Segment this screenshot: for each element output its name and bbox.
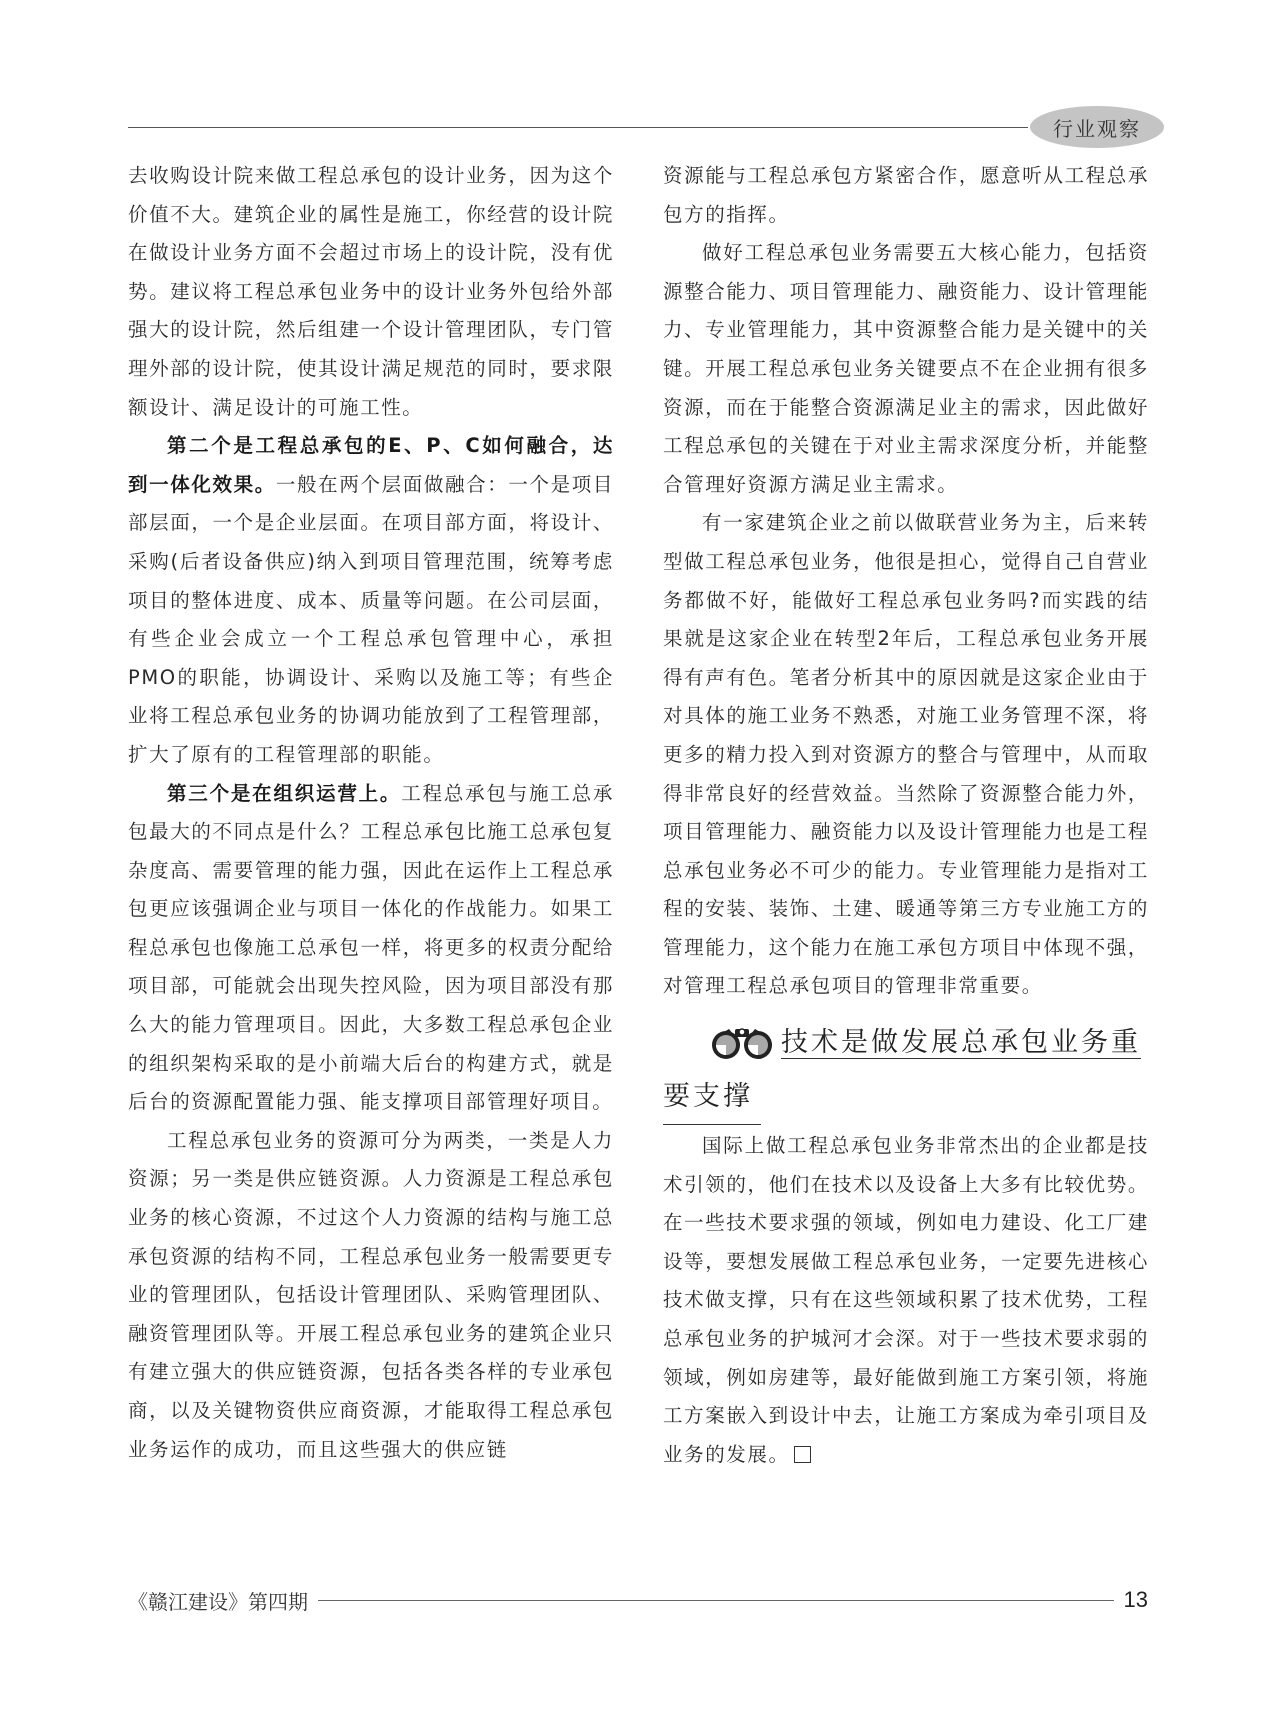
- right-column: 资源能与工程总承包方紧密合作，愿意听从工程总承包方的指挥。 做好工程总承包业务需…: [663, 157, 1149, 1474]
- paragraph: 第二个是工程总承包的E、P、C如何融合，达到一体化效果。一般在两个层面做融合：一…: [128, 427, 614, 774]
- paragraph: 国际上做工程总承包业务非常杰出的企业都是技术引领的，他们在技术以及设备上大多有比…: [663, 1127, 1149, 1474]
- section-heading-line1: 技术是做发展总承包业务重: [781, 1027, 1141, 1059]
- paragraph: 第三个是在组织运营上。工程总承包与施工总承包最大的不同点是什么？工程总承包比施工…: [128, 775, 614, 1122]
- paragraph: 资源能与工程总承包方紧密合作，愿意听从工程总承包方的指挥。: [663, 157, 1149, 234]
- page-number: 13: [1124, 1587, 1148, 1613]
- paragraph-body: 国际上做工程总承包业务非常杰出的企业都是技术引领的，他们在技术以及设备上大多有比…: [663, 1134, 1149, 1466]
- paragraph-body: 一般在两个层面做融合：一个是项目部层面，一个是企业层面。在项目部方面，将设计、采…: [128, 473, 614, 766]
- paragraph-lead-bold: 第三个是在组织运营上。: [167, 782, 401, 805]
- end-mark-icon: [794, 1446, 811, 1463]
- footer: 《赣江建设》第四期 13: [128, 1585, 1148, 1615]
- publication-title: 《赣江建设》第四期: [128, 1586, 308, 1615]
- section-badge: 行业观察: [1030, 106, 1164, 148]
- header-rule: [128, 127, 1028, 128]
- paragraph: 有一家建筑企业之前以做联营业务为主，后来转型做工程总承包业务，他很是担心，觉得自…: [663, 504, 1149, 1006]
- section-heading-line2: 要支撑: [663, 1070, 761, 1125]
- paragraph-body: 工程总承包与施工总承包最大的不同点是什么？工程总承包比施工总承包复杂度高、需要管…: [128, 782, 614, 1114]
- paragraph: 做好工程总承包业务需要五大核心能力，包括资源整合能力、项目管理能力、融资能力、设…: [663, 234, 1149, 504]
- paragraph: 工程总承包业务的资源可分为两类，一类是人力资源；另一类是供应链资源。人力资源是工…: [128, 1122, 614, 1469]
- paragraph: 去收购设计院来做工程总承包的设计业务，因为这个价值不大。建筑企业的属性是施工，你…: [128, 157, 614, 427]
- left-column: 去收购设计院来做工程总承包的设计业务，因为这个价值不大。建筑企业的属性是施工，你…: [128, 157, 614, 1469]
- section-heading: 技术是做发展总承包业务重 要支撑: [663, 1016, 1149, 1125]
- footer-rule: [318, 1600, 1114, 1601]
